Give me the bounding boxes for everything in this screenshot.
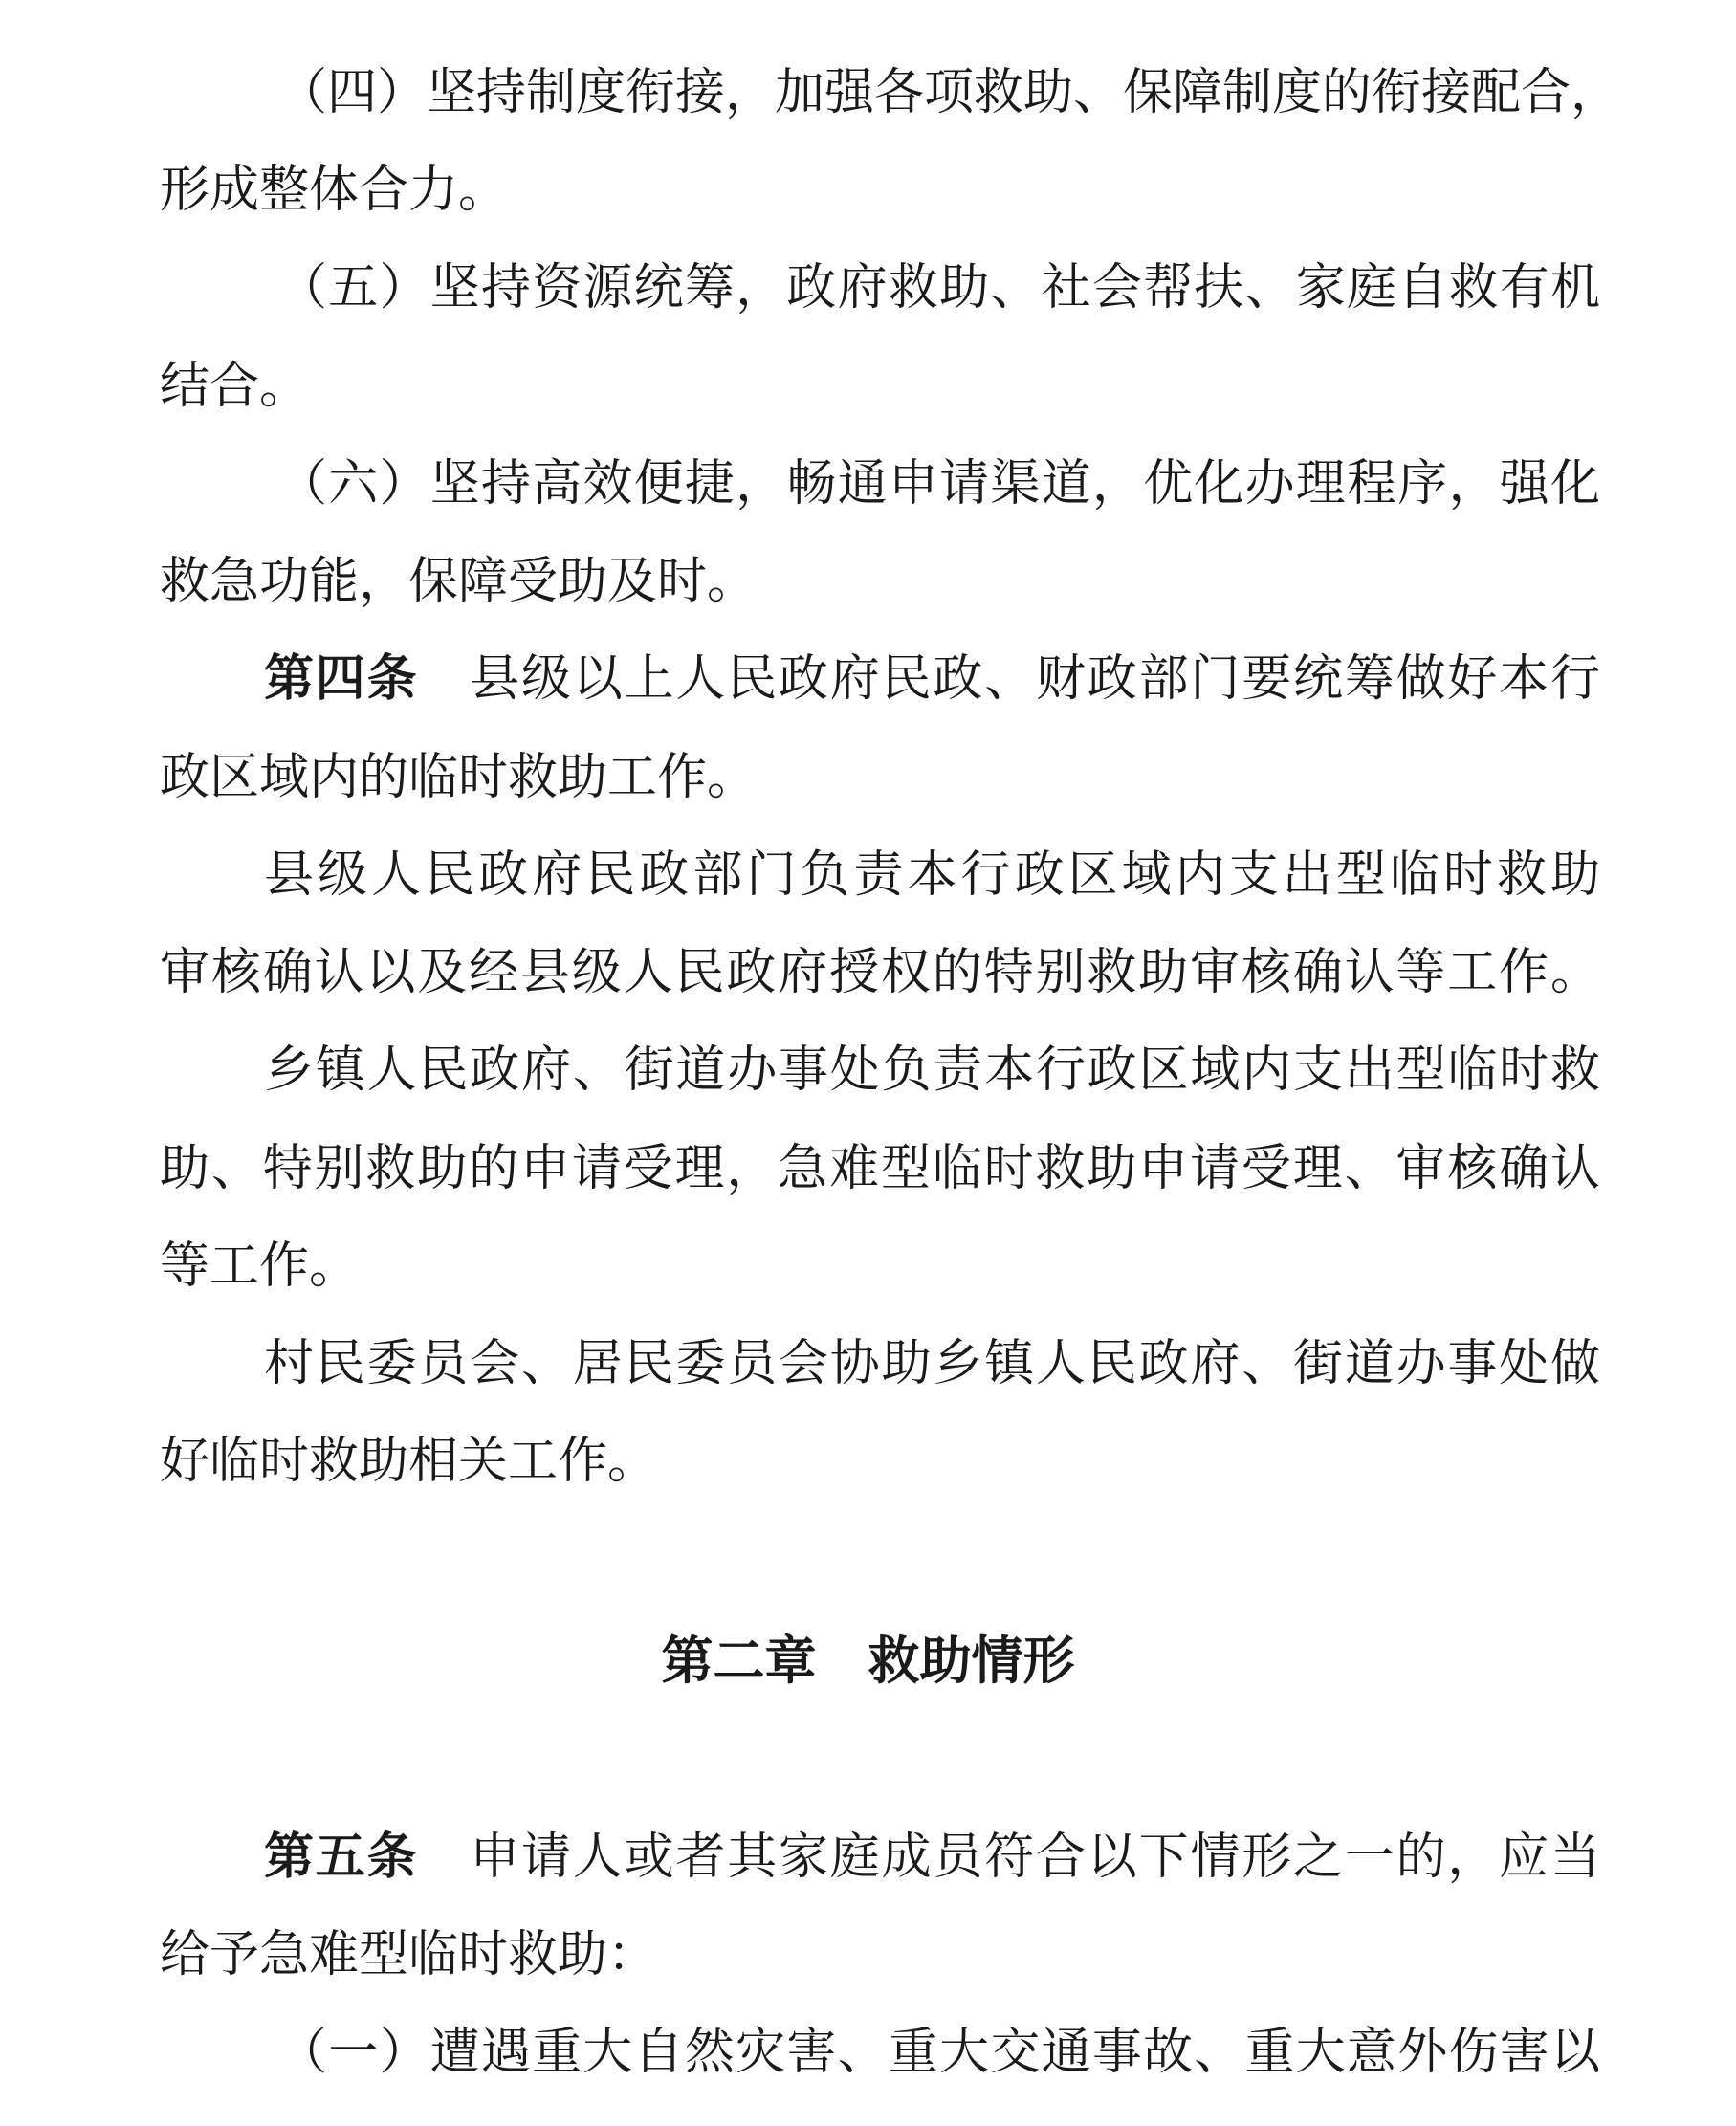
article-label: 第四条 <box>264 650 418 708</box>
article-text: 县级以上人民政府民政、财政部门要统筹做好本行 <box>470 650 1600 708</box>
paragraph-line: 村民委员会、居民委员会协助乡镇人民政府、街道办事处做 <box>264 1315 1600 1413</box>
paragraph-line: 好临时救助相关工作。 <box>160 1413 1600 1510</box>
paragraph-line: 助、特别救助的申请受理，急难型临时救助申请受理、审核确认 <box>160 1120 1600 1217</box>
paragraph-line: 政区域内的临时救助工作。 <box>160 729 1600 826</box>
paragraph-line: （四）坚持制度衔接，加强各项救助、保障制度的衔接配合， <box>277 44 1600 142</box>
paragraph-line: 审核确认以及经县级人民政府授权的特别救助审核确认等工作。 <box>160 924 1600 1021</box>
paragraph-line: 县级人民政府民政部门负责本行政区域内支出型临时救助 <box>264 826 1600 924</box>
paragraph-line: （一）遭遇重大自然灾害、重大交通事故、重大意外伤害以 <box>277 2004 1600 2101</box>
article-4-first-line: 第四条 县级以上人民政府民政、财政部门要统筹做好本行 <box>264 630 1600 728</box>
paragraph-line: 形成整体合力。 <box>160 142 1600 239</box>
article-text: 申请人或者其家庭成员符合以下情形之一的，应当 <box>470 1829 1600 1886</box>
paragraph-line: （五）坚持资源统筹，政府救助、社会帮扶、家庭自救有机 <box>277 239 1600 337</box>
paragraph-line: （六）坚持高效便捷，畅通申请渠道，优化办理程序，强化 <box>277 435 1600 533</box>
article-label: 第五条 <box>264 1829 418 1886</box>
paragraph-line: 给予急难型临时救助： <box>160 1906 1600 2004</box>
article-5-first-line: 第五条 申请人或者其家庭成员符合以下情形之一的，应当 <box>264 1808 1600 1906</box>
paragraph-line: 结合。 <box>160 338 1600 435</box>
paragraph-line: 乡镇人民政府、街道办事处负责本行政区域内支出型临时救 <box>264 1021 1600 1119</box>
paragraph-line: 救急功能，保障受助及时。 <box>160 533 1600 630</box>
chapter-heading: 第二章 救助情形 <box>0 1612 1736 1710</box>
paragraph-line: 等工作。 <box>160 1217 1600 1315</box>
